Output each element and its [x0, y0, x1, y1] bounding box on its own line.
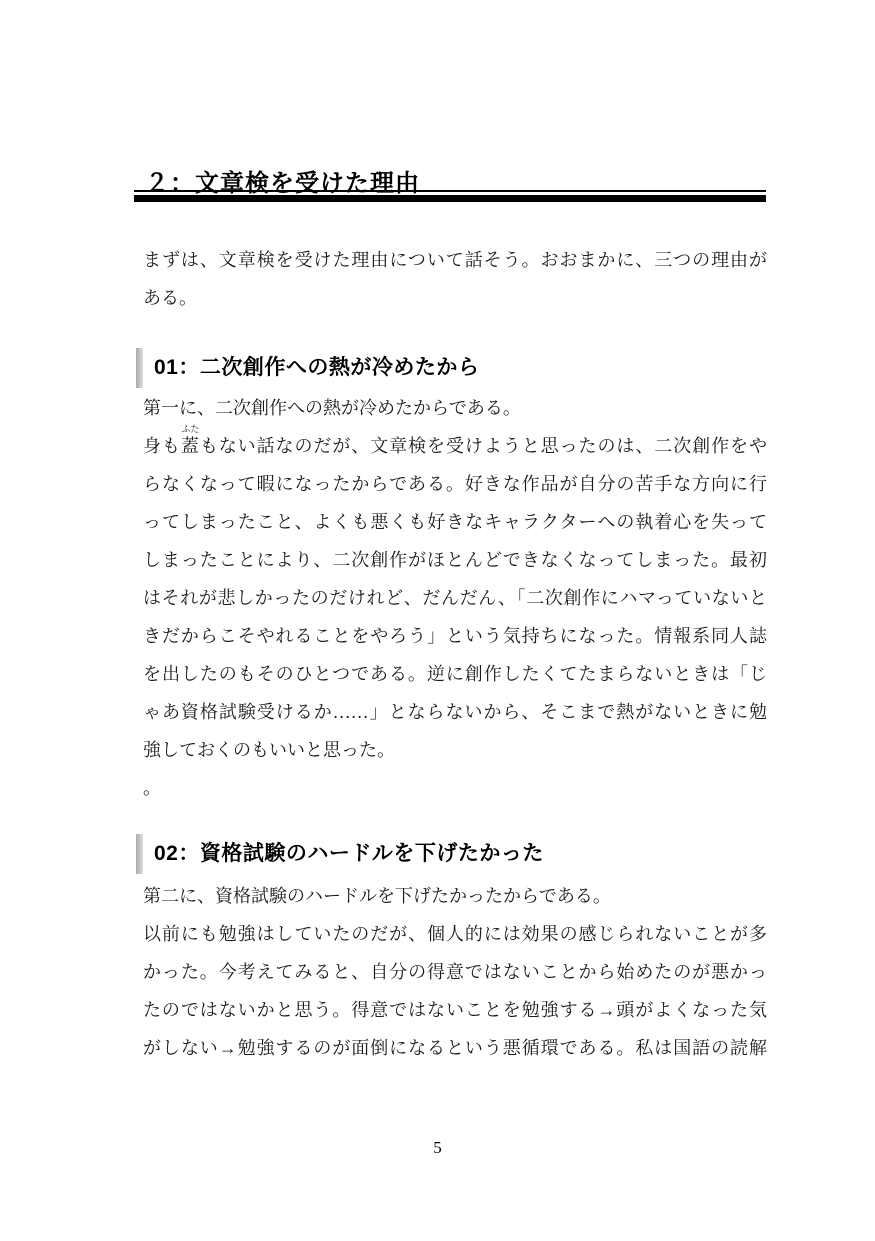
heading-accent-bar — [136, 348, 143, 388]
body-line: 第二に、資格試験のハードルを下げたかったからである。 — [143, 877, 767, 915]
heading-accent-bar — [136, 834, 143, 874]
body-line-with-ruby: 身もふた蓋もない話なのだが、文章検を受けようと思ったのは、二次創作をや — [143, 427, 767, 465]
body-line: がしない→勉強するのが面倒になるという悪循環である。私は国語の読解 — [143, 1029, 767, 1067]
paragraph-line: ある。 — [143, 279, 767, 317]
paragraph-line: まずは、文章検を受けた理由について話そう。おおまかに、三つの理由が — [143, 241, 767, 279]
section-heading-02: 02：資格試験のハードルを下げたかった — [136, 834, 766, 874]
body-line: を出したのもそのひとつである。逆に創作したくてたまらないときは「じ — [143, 655, 767, 693]
page-number: 5 — [0, 1136, 875, 1160]
section-heading-label: 01：二次創作への熱が冷めたから — [154, 348, 479, 388]
body-line: はそれが悲しかったのだけれど、だんだん、「二次創作にハマっていないと — [143, 579, 767, 617]
body-line: らなくなって暇になったからである。好きな作品が自分の苦手な方向に行 — [143, 465, 767, 503]
body-line: 以前にも勉強はしていたのだが、個人的には効果の感じられないことが多 — [143, 915, 767, 953]
body-line: ってしまったこと、よくも悪くも好きなキャラクターへの執着心を失って — [143, 503, 767, 541]
body-line: かった。今考えてみると、自分の得意ではないことから始めたのが悪かっ — [143, 953, 767, 991]
document-page: ２：文章検を受けた理由 まずは、文章検を受けた理由について話そう。おおまかに、三… — [0, 0, 875, 1241]
body-line: 。 — [143, 769, 767, 807]
body-line: 第一に、二次創作への熱が冷めたからである。 — [143, 389, 767, 427]
intro-paragraph: まずは、文章検を受けた理由について話そう。おおまかに、三つの理由が ある。 — [143, 241, 767, 317]
ruby-post-text: もない話なのだが、文章検を受けようと思ったのは、二次創作をや — [200, 436, 767, 456]
body-line: 強しておくのもいいと思った。 — [143, 731, 767, 769]
body-line: しまったことにより、二次創作がほとんどできなくなってしまった。最初 — [143, 541, 767, 579]
furigana-text: ふた — [181, 425, 199, 434]
section-heading-01: 01：二次創作への熱が冷めたから — [136, 348, 766, 388]
section-02-body: 第二に、資格試験のハードルを下げたかったからである。 以前にも勉強はしていたのだ… — [143, 877, 767, 1067]
ruby-base-text: 蓋 — [181, 436, 200, 456]
section-heading-label: 02：資格試験のハードルを下げたかった — [154, 834, 544, 874]
ruby-word: ふた蓋 — [181, 436, 200, 456]
body-line: きだからこそやれることをやろう」という気持ちになった。情報系同人誌 — [143, 617, 767, 655]
ruby-pre-text: 身も — [143, 436, 181, 456]
title-underline — [134, 190, 766, 202]
section-01-body: 第一に、二次創作への熱が冷めたからである。 身もふた蓋もない話なのだが、文章検を… — [143, 389, 767, 807]
body-line: ゃあ資格試験受けるか……」とならないから、そこまで熱がないときに勉 — [143, 693, 767, 731]
body-line: たのではないかと思う。得意ではないことを勉強する→頭がよくなった気 — [143, 991, 767, 1029]
